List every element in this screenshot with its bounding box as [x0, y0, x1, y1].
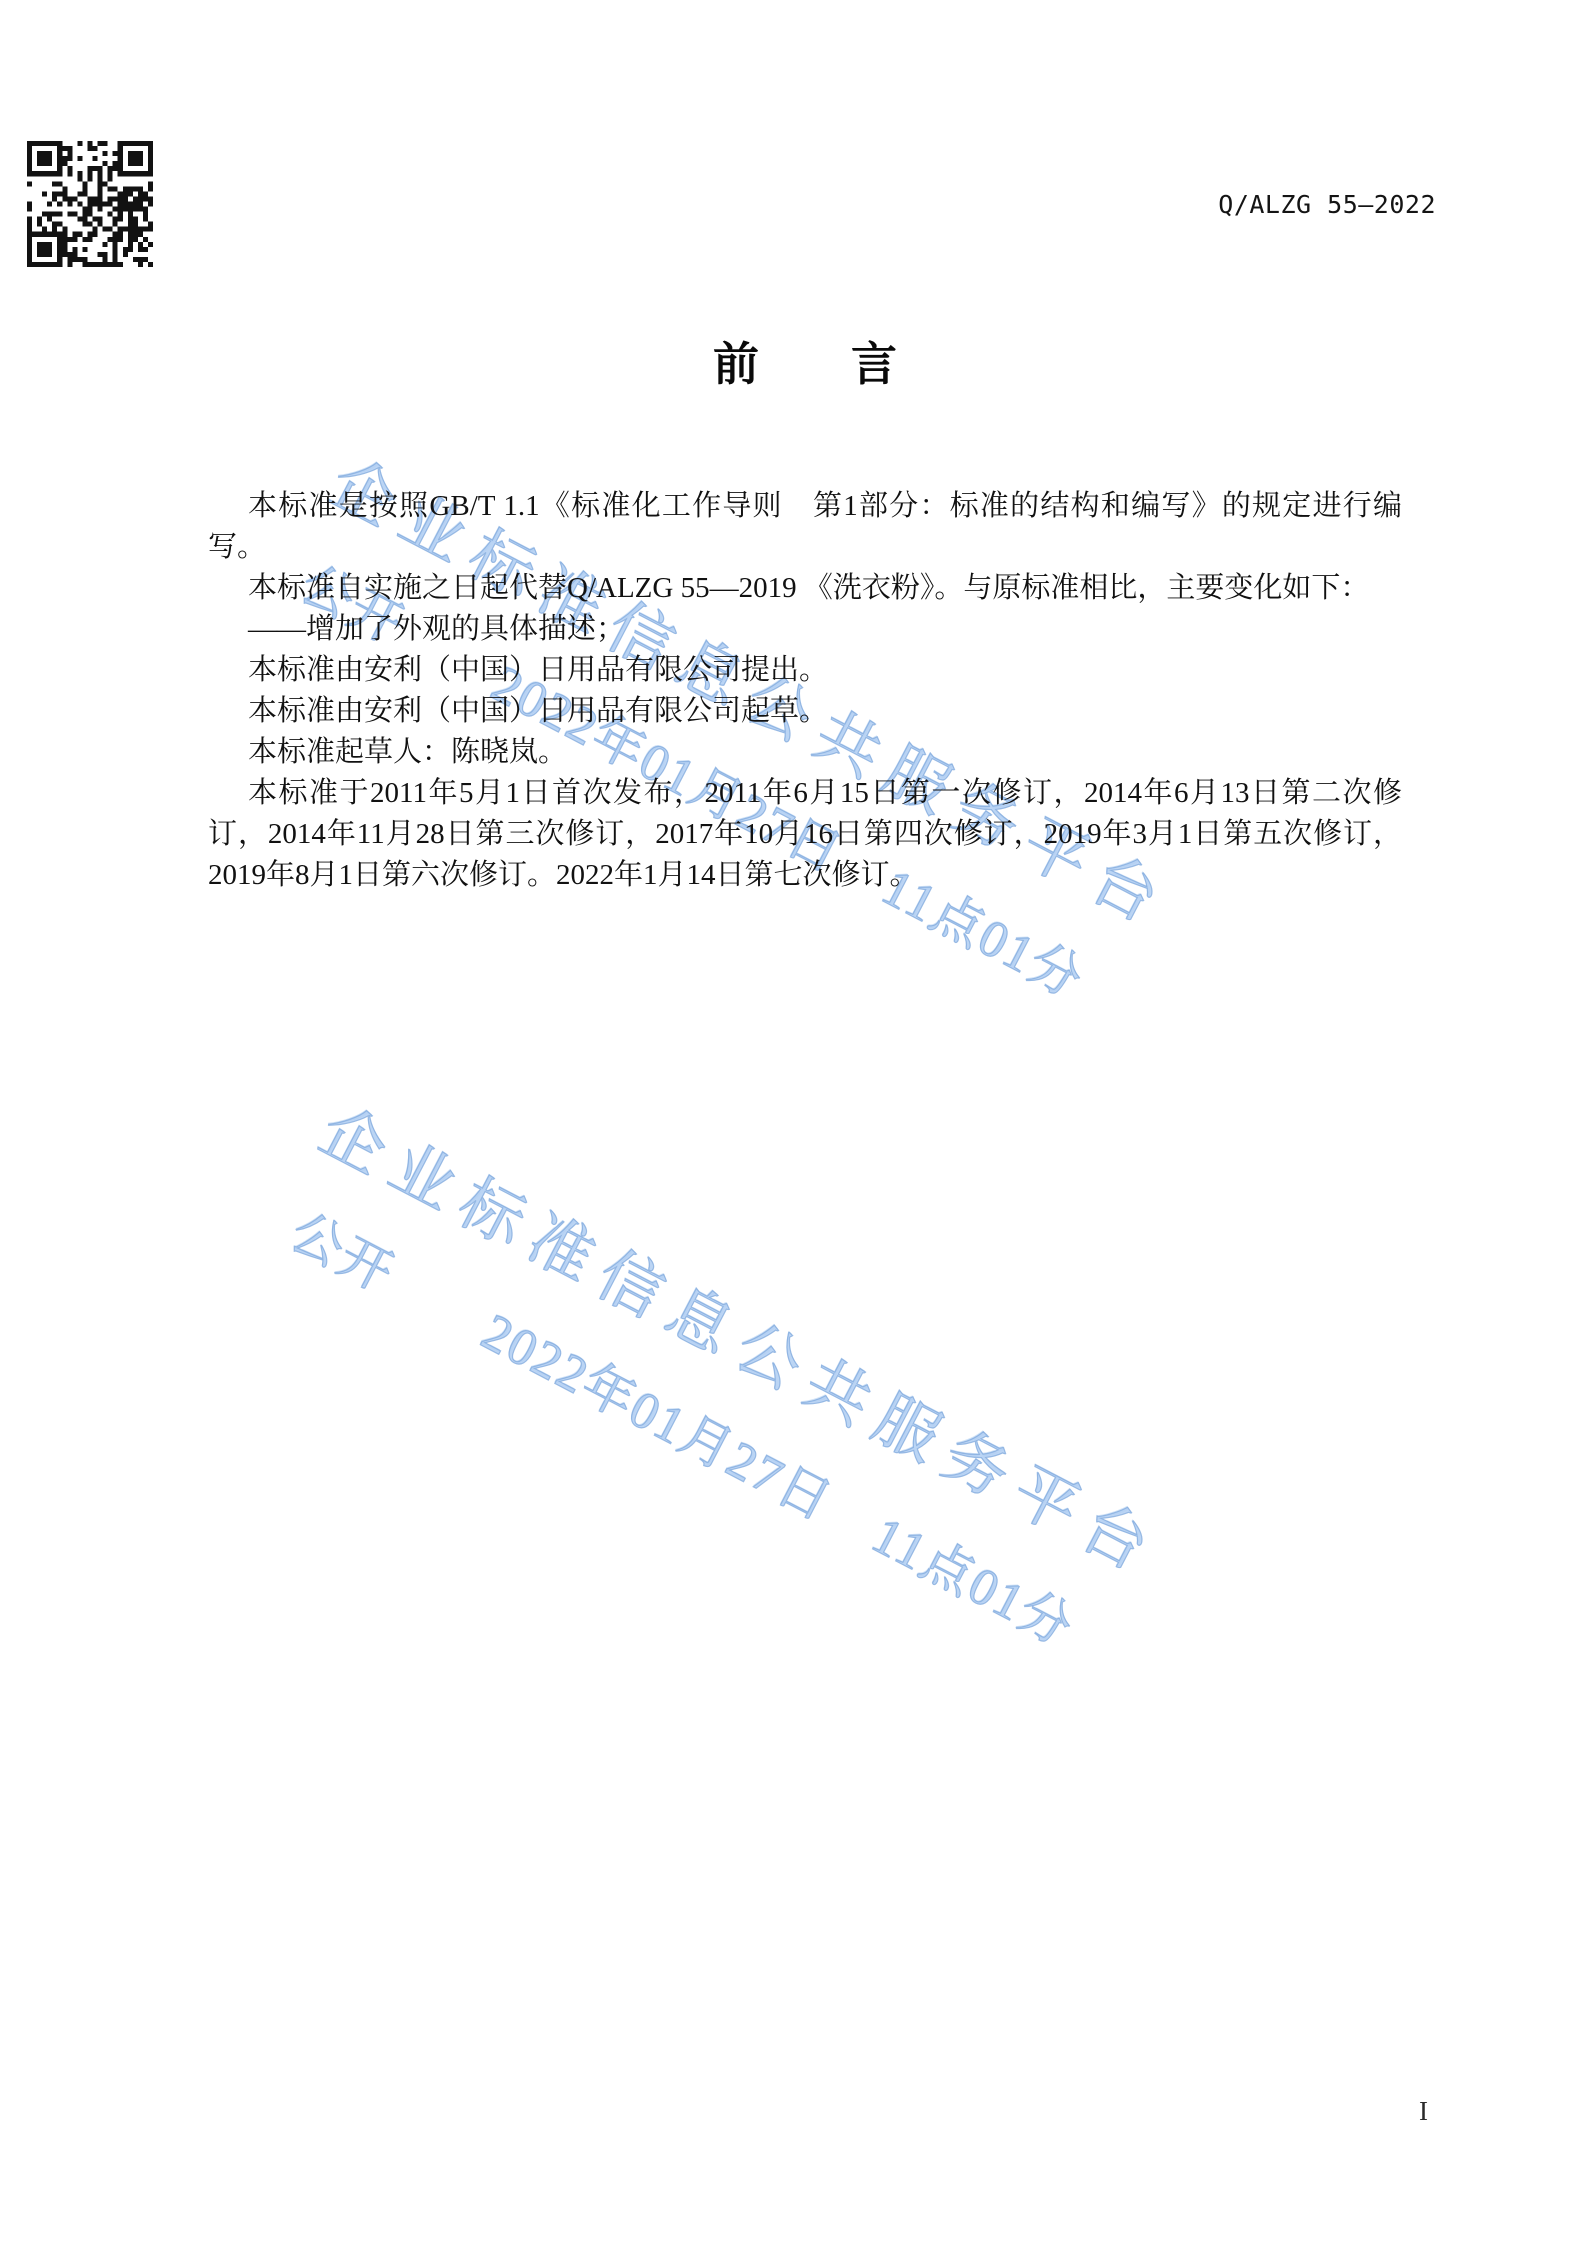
paragraph: 本标准由安利（中国）日用品有限公司提出。	[208, 650, 1402, 691]
qr-code-image	[27, 141, 153, 267]
page-number: I	[1419, 2096, 1428, 2126]
watermark-lower: 企业标准信息公共服务平台 公开 2022年01月27日 11点01分	[264, 1098, 1170, 1676]
document-page: Q/ALZG 55—2022 企业标准信息公共服务平台 公开 2022年01月2…	[0, 0, 1588, 2245]
paragraph: 本标准是按照GB/T 1.1《标准化工作导则 第1部分：标准的结构和编写》的规定…	[208, 486, 1402, 568]
body-text: 本标准是按照GB/T 1.1《标准化工作导则 第1部分：标准的结构和编写》的规定…	[208, 486, 1402, 896]
watermark-datetime-text: 公开 2022年01月27日 11点01分	[264, 1197, 1118, 1675]
paragraph: 本标准于2011年5月1日首次发布，2011年6月15日第一次修订，2014年6…	[208, 773, 1402, 896]
paragraph: 本标准起草人：陈晓岚。	[208, 732, 1402, 773]
paragraph: 本标准由安利（中国）日用品有限公司起草。	[208, 691, 1402, 732]
doc-number: Q/ALZG 55—2022	[1218, 191, 1436, 218]
paragraph: 本标准自实施之日起代替Q/ALZG 55—2019 《洗衣粉》。与原标准相比，主…	[208, 568, 1402, 609]
page-title: 前 言	[0, 338, 1588, 390]
watermark-platform-text: 企业标准信息公共服务平台	[310, 1098, 1170, 1587]
paragraph: ——增加了外观的具体描述；	[208, 609, 1402, 650]
